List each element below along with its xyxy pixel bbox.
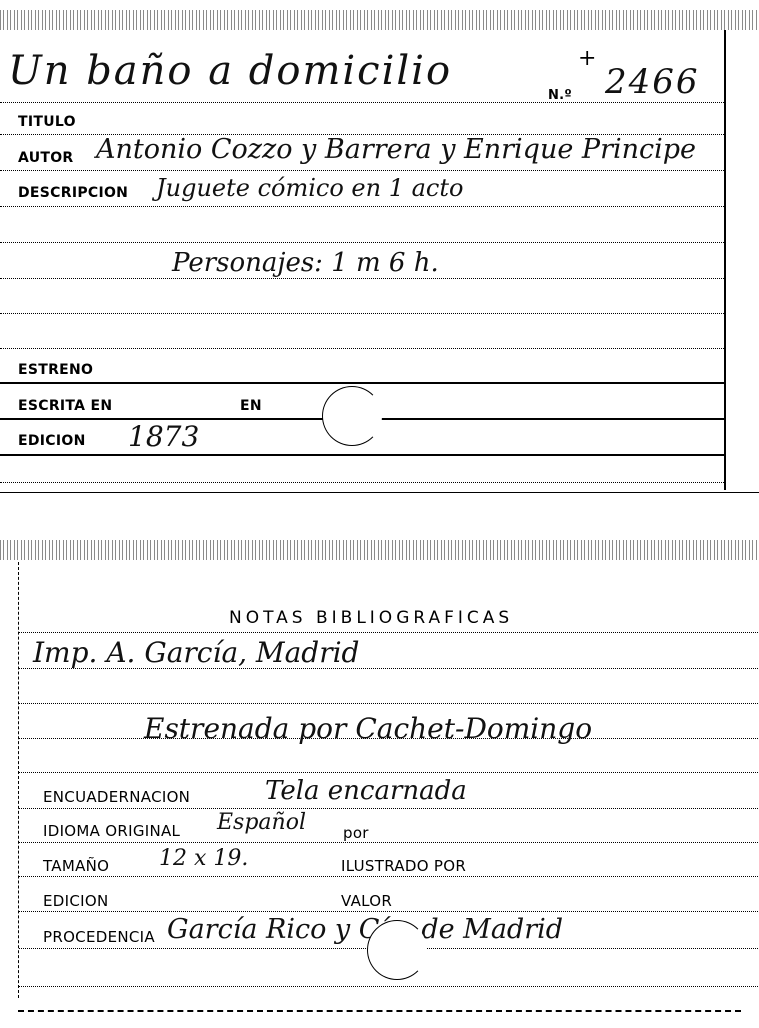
- escrita-en-label: ESCRITA EN: [18, 398, 112, 414]
- rule: [19, 842, 759, 843]
- rule: [0, 242, 724, 243]
- titulo-label: TITULO: [18, 114, 76, 130]
- rule: [19, 911, 759, 912]
- rule: [19, 876, 759, 877]
- procedencia-label: PROCEDENCIA: [43, 928, 155, 946]
- edicion-label: EDICION: [18, 433, 86, 449]
- rule: [0, 278, 724, 279]
- en-label: EN: [240, 398, 262, 414]
- encuadernacion-label: ENCUADERNACION: [43, 788, 190, 806]
- tamano-label: TAMAÑO: [43, 857, 109, 875]
- encuadernacion-value: Tela encarnada: [265, 776, 467, 806]
- rule: [19, 668, 759, 669]
- rule: [19, 738, 759, 739]
- catalog-card-front: + Un baño a domicilio N.º 2466 TITULO AU…: [0, 30, 726, 490]
- idioma-label: IDIOMA ORIGINAL: [43, 822, 180, 840]
- catalog-card-back: NOTAS BIBLIOGRAFICAS Imp. A. García, Mad…: [18, 562, 759, 998]
- notas-heading: NOTAS BIBLIOGRAFICAS: [229, 608, 513, 628]
- note-line: Estrenada por Cachet-Domingo: [144, 712, 592, 745]
- number-label: N.º: [548, 88, 572, 103]
- rule: [19, 632, 759, 633]
- card-divider: [0, 492, 759, 493]
- note-line: Imp. A. García, Madrid: [33, 636, 359, 669]
- rule: [0, 313, 724, 314]
- rule: [0, 482, 724, 483]
- hole-punch-mark: [367, 920, 427, 980]
- ilustrado-label: ILUSTRADO POR: [341, 857, 466, 875]
- por-label: por: [343, 824, 369, 842]
- estreno-label: ESTRENO: [18, 362, 93, 378]
- edicion-value: 1873: [128, 420, 199, 453]
- rule: [19, 703, 759, 704]
- personajes-value: Personajes: 1 m 6 h.: [172, 248, 439, 278]
- rule: [19, 986, 759, 987]
- title-handwritten: Un baño a domicilio: [8, 48, 452, 94]
- valor-label: VALOR: [341, 892, 392, 910]
- descripcion-value: Juguete cómico en 1 acto: [156, 174, 463, 202]
- tamano-value: 12 x 19.: [159, 846, 248, 871]
- rule: [0, 454, 724, 456]
- rule: [0, 382, 724, 384]
- scan-edge-middle: [0, 540, 759, 560]
- rule: [0, 206, 724, 207]
- rule: [0, 348, 724, 349]
- scan-edge-top: [0, 10, 759, 30]
- idioma-value: Español: [217, 810, 306, 835]
- autor-value: Antonio Cozzo y Barrera y Enrique Princi…: [96, 134, 696, 165]
- descripcion-label: DESCRIPCION: [18, 185, 128, 201]
- autor-label: AUTOR: [18, 150, 74, 166]
- edicion-label-back: EDICION: [43, 892, 108, 910]
- rule: [0, 170, 724, 171]
- cross-mark: +: [578, 46, 596, 71]
- hole-punch-mark: [322, 386, 382, 446]
- card-bottom-edge: [18, 1010, 741, 1012]
- rule: [19, 808, 759, 809]
- rule: [19, 772, 759, 773]
- procedencia-value: García Rico y Cía. de Madrid: [167, 914, 563, 945]
- rule: [0, 102, 724, 103]
- catalog-number: 2466: [605, 62, 700, 102]
